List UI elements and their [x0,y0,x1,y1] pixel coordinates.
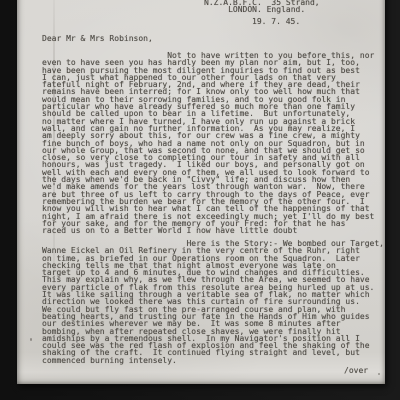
paper-speck [30,338,32,341]
paper-speck [378,373,380,375]
letter-date: 19. 7. 45. [252,18,300,25]
letter-paragraph-1: Not to have written to you before this, … [42,52,374,234]
salutation: Dear Mr & Mrs Robinson, [42,35,153,42]
over-note: /over [344,367,368,374]
letter-paragraph-2: Here is the Story:- We bombed our Target… [42,240,384,364]
scan-background: N.Z.A.B.F.C. 35 Strand, LONDON. England.… [0,0,400,400]
sender-address: N.Z.A.B.F.C. 35 Strand, LONDON. England. [204,0,320,14]
